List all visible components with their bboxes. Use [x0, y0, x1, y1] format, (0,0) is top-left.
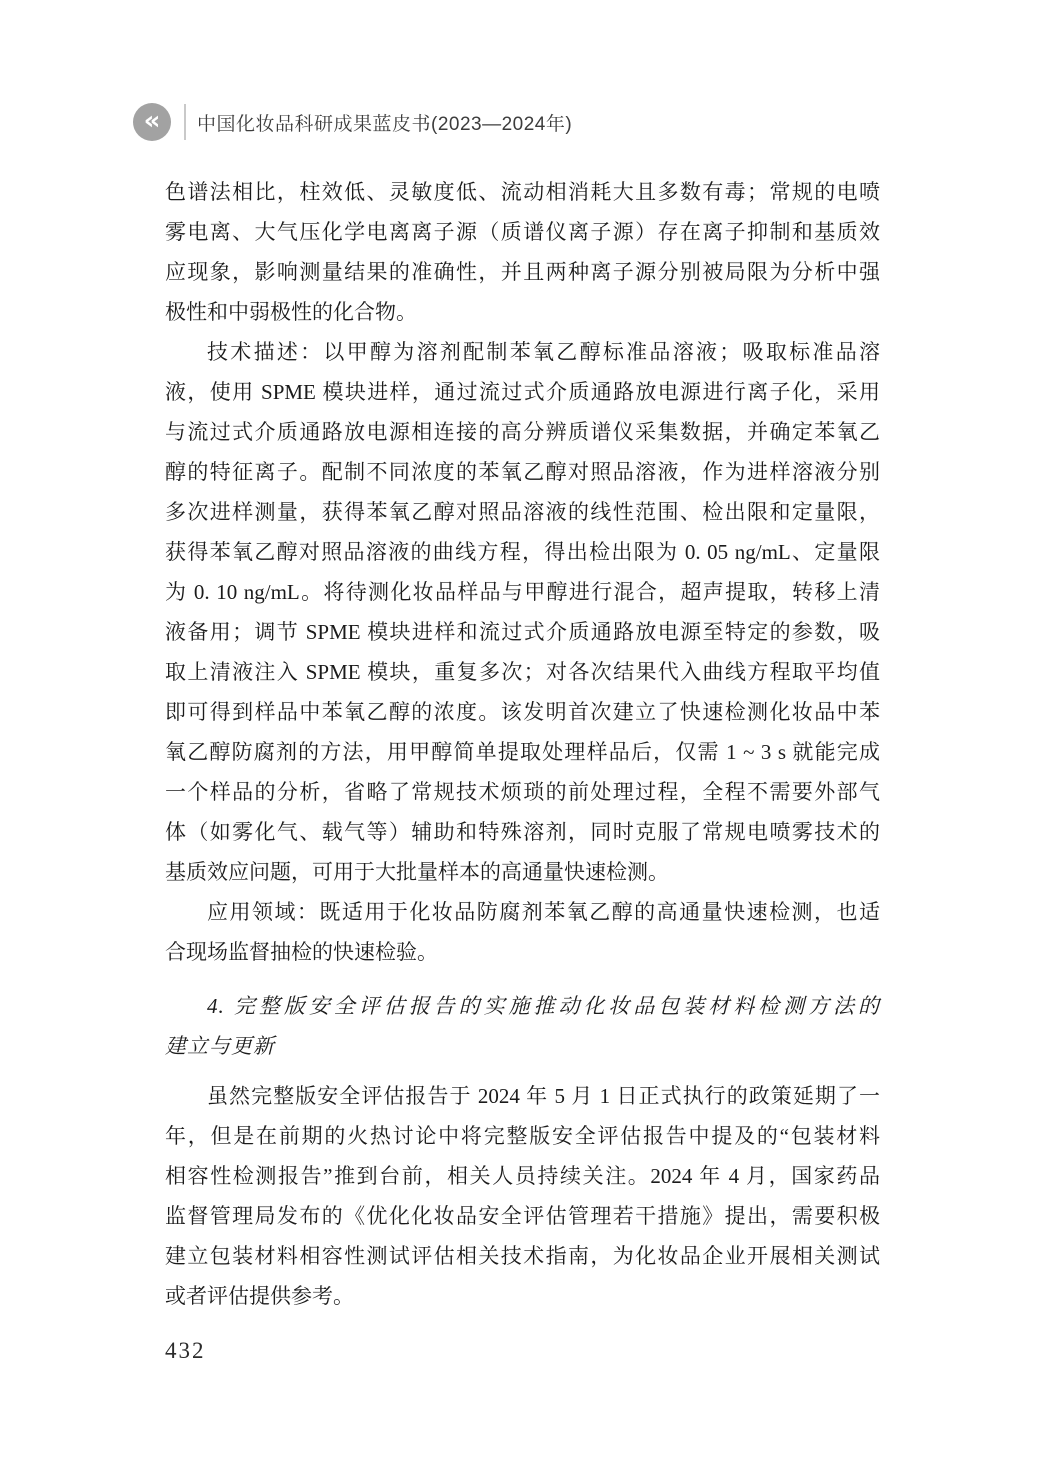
text-line: 极性和中弱极性的化合物。: [165, 292, 880, 332]
text-line: 一个样品的分析，省略了常规技术烦琐的前处理过程，全程不需要外部气: [165, 772, 880, 812]
text-line: 体（如雾化气、载气等）辅助和特殊溶剂，同时克服了常规电喷雾技术的: [165, 812, 880, 852]
text-line: 获得苯氧乙醇对照品溶液的曲线方程，得出检出限为 0. 05 ng/mL、定量限: [165, 532, 880, 572]
text-line: 即可得到样品中苯氧乙醇的浓度。该发明首次建立了快速检测化妆品中苯: [165, 692, 880, 732]
text-line: 醇的特征离子。配制不同浓度的苯氧乙醇对照品溶液，作为进样溶液分别: [165, 452, 880, 492]
double-chevron-left-icon: «: [133, 103, 171, 141]
text-line: 氧乙醇防腐剂的方法，用甲醇简单提取处理样品后，仅需 1 ~ 3 s 就能完成: [165, 732, 880, 772]
text-line: 液备用；调节 SPME 模块进样和流过式介质通路放电源至特定的参数，吸: [165, 612, 880, 652]
text-line: 技术描述：以甲醇为溶剂配制苯氧乙醇标准品溶液；吸取标准品溶: [165, 332, 880, 372]
text-line: 合现场监督抽检的快速检验。: [165, 932, 880, 972]
book-page: « 中国化妆品科研成果蓝皮书(2023—2024年) 色谱法相比，柱效低、灵敏度…: [0, 0, 1045, 1458]
section-heading-line: 4. 完整版安全评估报告的实施推动化妆品包装材料检测方法的: [165, 986, 880, 1026]
text-line: 基质效应问题，可用于大批量样本的高通量快速检测。: [165, 852, 880, 892]
text-line: 建立包装材料相容性测试评估相关技术指南，为化妆品企业开展相关测试: [165, 1236, 880, 1276]
text-line: 雾电离、大气压化学电离离子源（质谱仪离子源）存在离子抑制和基质效: [165, 212, 880, 252]
text-line: 多次进样测量，获得苯氧乙醇对照品溶液的线性范围、检出限和定量限，: [165, 492, 880, 532]
header-divider: [184, 104, 186, 140]
body-text: 色谱法相比，柱效低、灵敏度低、流动相消耗大且多数有毒；常规的电喷雾电离、大气压化…: [165, 172, 880, 1316]
text-line: 液，使用 SPME 模块进样，通过流过式介质通路放电源进行离子化，采用: [165, 372, 880, 412]
book-title: 中国化妆品科研成果蓝皮书(2023—2024年): [197, 109, 572, 136]
page-number: 432: [165, 1338, 206, 1364]
text-line: 监督管理局发布的《优化化妆品安全评估管理若干措施》提出，需要积极: [165, 1196, 880, 1236]
page-header: « 中国化妆品科研成果蓝皮书(2023—2024年): [133, 100, 572, 144]
text-line: 或者评估提供参考。: [165, 1276, 880, 1316]
text-line: 色谱法相比，柱效低、灵敏度低、流动相消耗大且多数有毒；常规的电喷: [165, 172, 880, 212]
text-line: 为 0. 10 ng/mL。将待测化妆品样品与甲醇进行混合，超声提取，转移上清: [165, 572, 880, 612]
text-line: 虽然完整版安全评估报告于 2024 年 5 月 1 日正式执行的政策延期了一: [165, 1076, 880, 1116]
text-line: 应现象，影响测量结果的准确性，并且两种离子源分别被局限为分析中强: [165, 252, 880, 292]
text-line: 年，但是在前期的火热讨论中将完整版安全评估报告中提及的“包装材料: [165, 1116, 880, 1156]
text-line: 取上清液注入 SPME 模块，重复多次；对各次结果代入曲线方程取平均值: [165, 652, 880, 692]
text-line: 与流过式介质通路放电源相连接的高分辨质谱仪采集数据，并确定苯氧乙: [165, 412, 880, 452]
text-line: 相容性检测报告”推到台前，相关人员持续关注。2024 年 4 月，国家药品: [165, 1156, 880, 1196]
section-heading-line: 建立与更新: [165, 1026, 880, 1066]
text-line: 应用领域：既适用于化妆品防腐剂苯氧乙醇的高通量快速检测，也适: [165, 892, 880, 932]
